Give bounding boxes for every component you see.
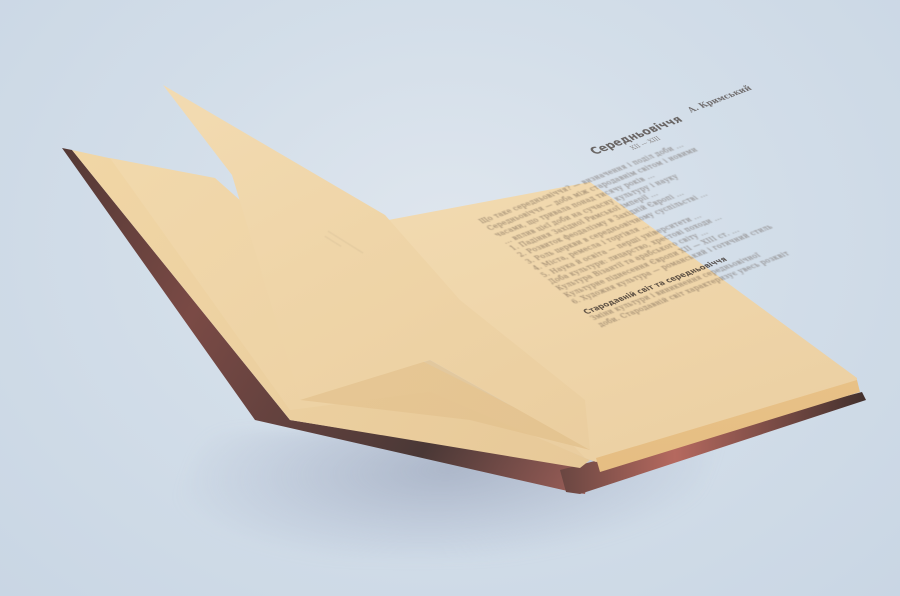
- photo-scene: А. Кримський Середньовіччя XII — XIII Що…: [0, 0, 900, 596]
